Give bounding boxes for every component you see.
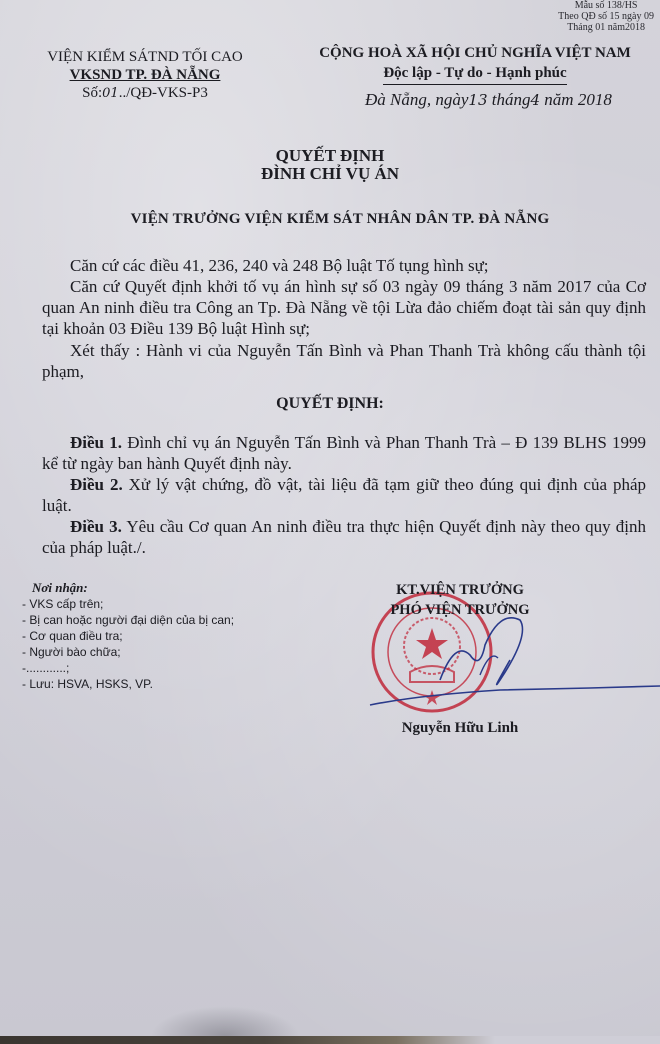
article-text: Yêu cầu Cơ quan An ninh điều tra thực hi… xyxy=(42,517,646,557)
parent-agency: VIỆN KIỂM SÁTND TỐI CAO xyxy=(40,48,250,66)
handwritten-signature-icon xyxy=(360,600,660,740)
document-page: Mẫu số 138/HS Theo QĐ số 15 ngày 09 Thán… xyxy=(0,0,660,1044)
preamble-paragraph: Căn cứ các điều 41, 236, 240 và 248 Bộ l… xyxy=(42,255,646,276)
preamble-paragraph: Căn cứ Quyết định khởi tố vụ án hình sự … xyxy=(42,276,646,339)
number-suffix: ../QĐ-VKS-P3 xyxy=(119,85,208,101)
issuing-agency-header: VIỆN KIỂM SÁTND TỐI CAO VKSND TP. ĐÀ NẴN… xyxy=(40,48,250,103)
recipient-item: -............; xyxy=(22,660,234,676)
recipient-item: - Bị can hoặc người đại diện của bị can; xyxy=(22,612,234,628)
date-year: năm 2018 xyxy=(540,90,612,109)
decision-heading: QUYẾT ĐỊNH: xyxy=(0,395,660,413)
recipients-heading: Nơi nhận: xyxy=(32,580,234,596)
article: Điều 2. Xử lý vật chứng, đồ vật, tài liệ… xyxy=(42,474,646,516)
photo-shadow xyxy=(150,1006,300,1036)
national-header: CỘNG HOÀ XÃ HỘI CHỦ NGHĨA VIỆT NAM Độc l… xyxy=(290,43,660,85)
date-prefix: Đà Nẵng, ngày xyxy=(365,90,468,109)
recipient-item: - Người bào chữa; xyxy=(22,644,234,660)
number-handwritten: 01 xyxy=(102,86,119,101)
issuer-line: VIỆN TRƯỞNG VIỆN KIỂM SÁT NHÂN DÂN TP. Đ… xyxy=(0,211,660,228)
article-text: Đình chỉ vụ án Nguyễn Tấn Bình và Phan T… xyxy=(42,433,646,473)
date-month-label: tháng xyxy=(488,90,531,109)
document-subtitle: ĐÌNH CHỈ VỤ ÁN xyxy=(0,164,660,184)
date-line: Đà Nẵng, ngày13 tháng4 năm 2018 xyxy=(365,90,612,110)
form-ref-line-2: Theo QĐ số 15 ngày 09 xyxy=(558,11,654,22)
nation-name: CỘNG HOÀ XÃ HỘI CHỦ NGHĨA VIỆT NAM xyxy=(290,43,660,63)
date-day: 13 xyxy=(468,91,487,109)
signer-name: Nguyễn Hữu Linh xyxy=(360,720,560,737)
document-title: QUYẾT ĐỊNH xyxy=(0,146,660,166)
article-label: Điều 2. xyxy=(70,475,123,494)
form-reference: Mẫu số 138/HS Theo QĐ số 15 ngày 09 Thán… xyxy=(558,0,654,33)
document-number: Số:01../QĐ-VKS-P3 xyxy=(40,84,250,103)
article: Điều 3. Yêu cầu Cơ quan An ninh điều tra… xyxy=(42,516,646,558)
article-label: Điều 1. xyxy=(70,433,122,452)
preamble-paragraph: Xét thấy : Hành vi của Nguyễn Tấn Bình v… xyxy=(42,340,646,382)
role-line-1: KT.VIỆN TRƯỞNG xyxy=(360,580,560,600)
desk-edge xyxy=(0,1036,660,1044)
date-month: 4 xyxy=(531,91,541,109)
national-motto: Độc lập - Tự do - Hạnh phúc xyxy=(383,63,566,85)
recipients-list: Nơi nhận: - VKS cấp trên; - Bị can hoặc … xyxy=(22,580,234,692)
recipient-item: - Lưu: HSVA, HSKS, VP. xyxy=(22,676,234,692)
form-ref-line-3: Tháng 01 năm2018 xyxy=(558,22,654,33)
recipient-item: - VKS cấp trên; xyxy=(22,596,234,612)
article: Điều 1. Đình chỉ vụ án Nguyễn Tấn Bình v… xyxy=(42,432,646,474)
article-label: Điều 3. xyxy=(70,517,122,536)
recipient-item: - Cơ quan điều tra; xyxy=(22,628,234,644)
agency-name: VKSND TP. ĐÀ NẴNG xyxy=(40,66,250,84)
article-text: Xử lý vật chứng, đồ vật, tài liệu đã tạm… xyxy=(42,475,646,515)
number-prefix: Số: xyxy=(82,85,102,101)
form-ref-line-1: Mẫu số 138/HS xyxy=(558,0,654,11)
